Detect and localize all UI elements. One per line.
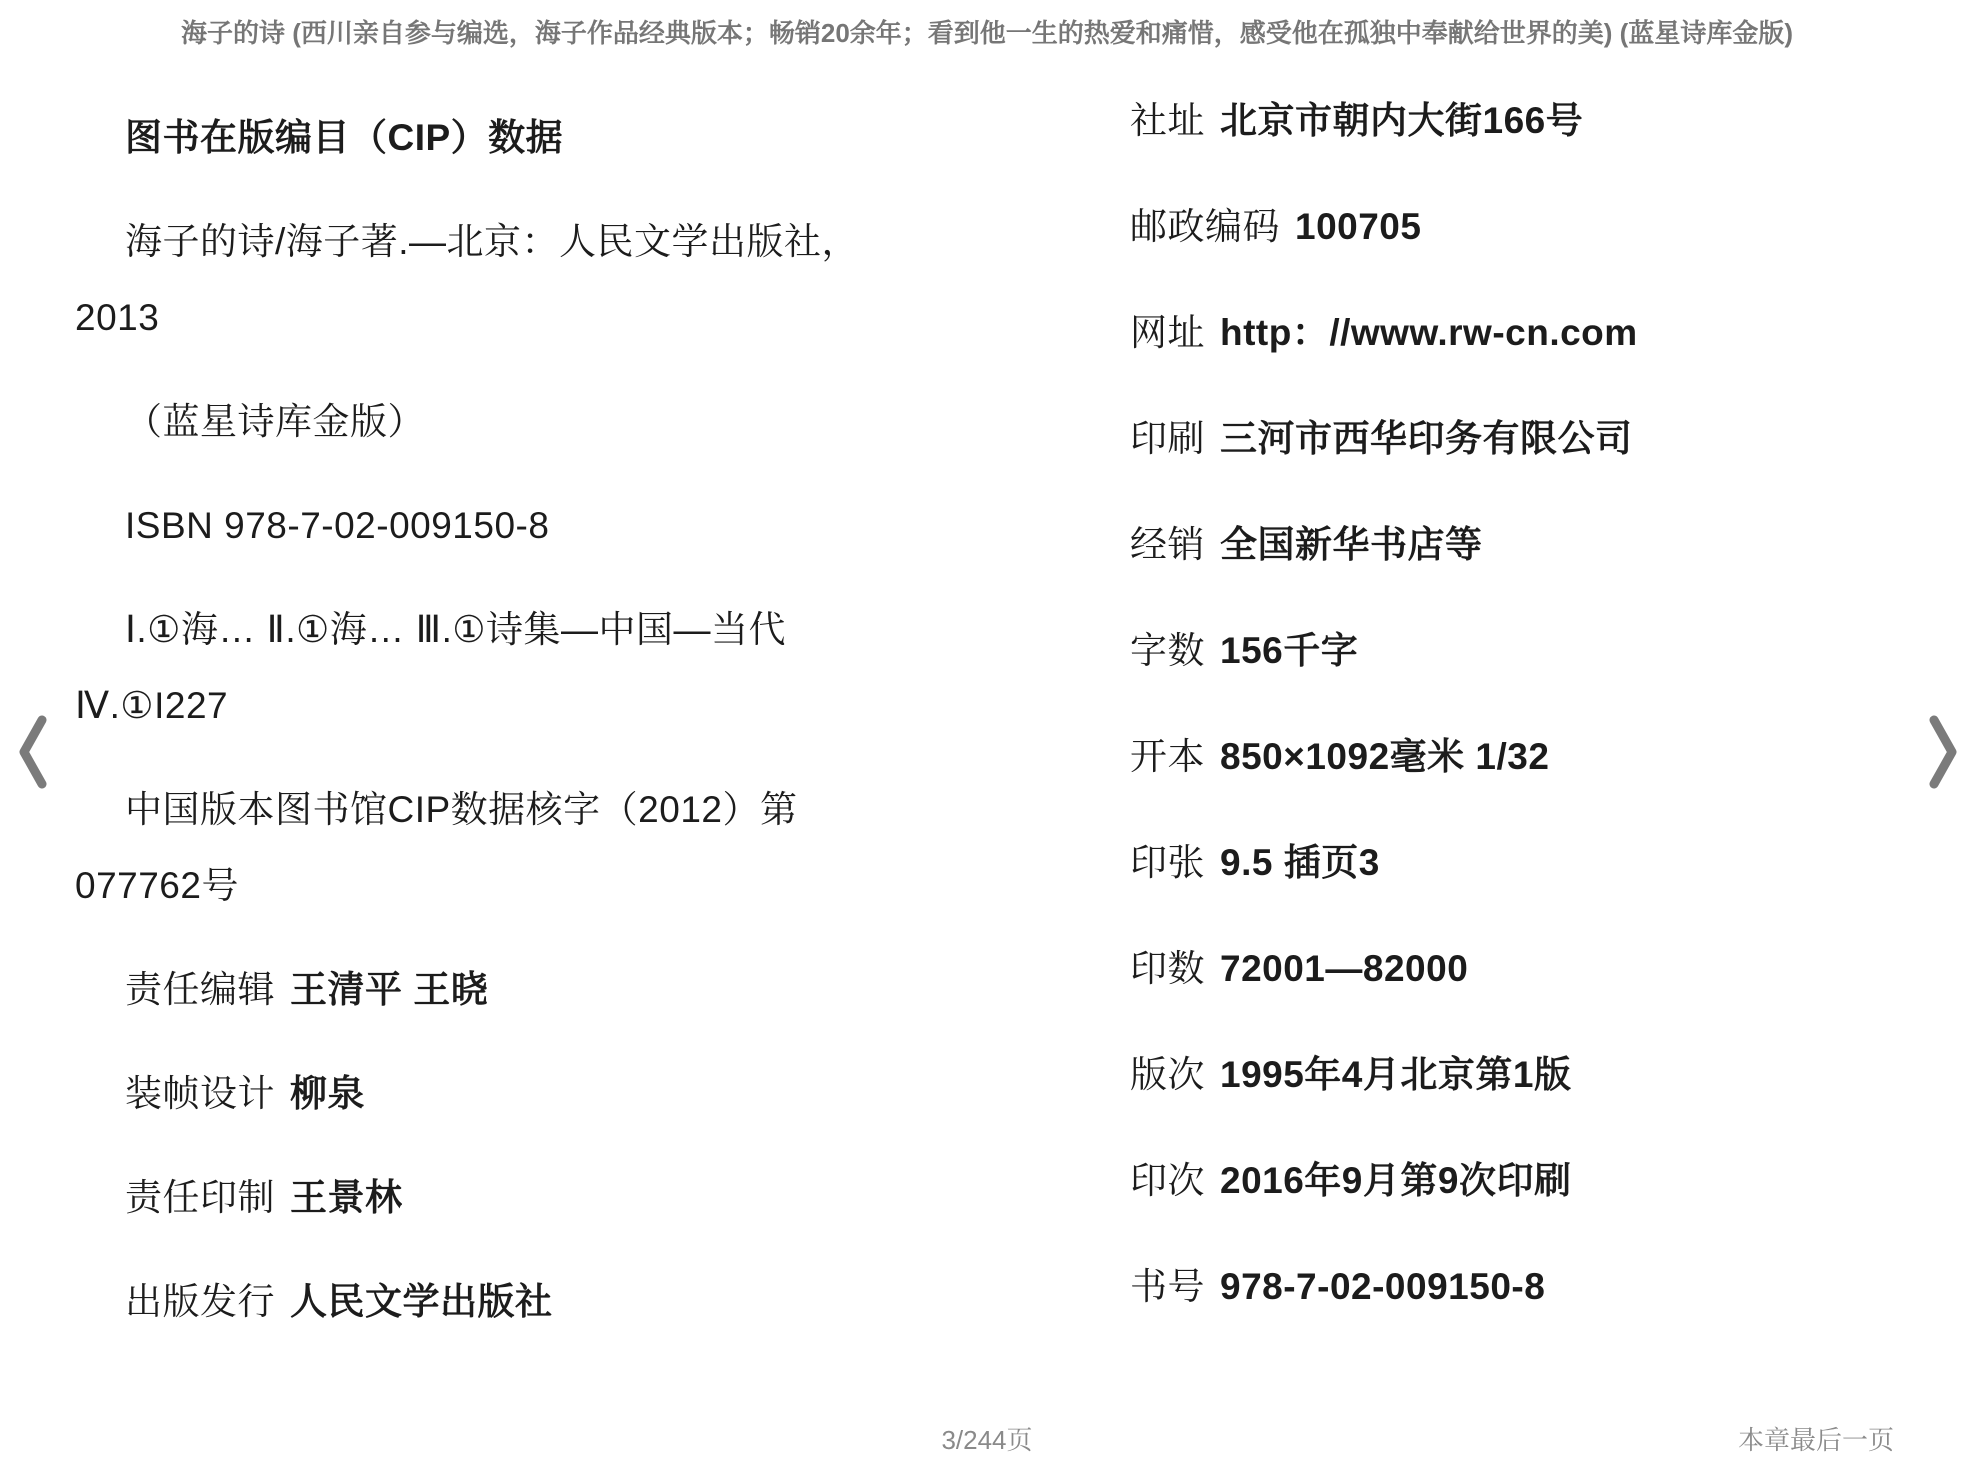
- credit-label: 出版发行: [125, 1281, 275, 1322]
- credit-value: 王景林: [290, 1177, 403, 1218]
- info-row-format: 开本850×1092毫米 1/32: [1130, 719, 1930, 795]
- next-page-button[interactable]: [1926, 710, 1962, 794]
- info-value: 100705: [1295, 206, 1421, 247]
- info-label: 书号: [1130, 1266, 1205, 1307]
- info-row-book-number: 书号978-7-02-009150-8: [1130, 1249, 1930, 1325]
- cip-entry: 海子的诗/海子著.—北京：人民文学出版社， 2013: [75, 204, 905, 356]
- info-row-printer: 印刷三河市西华印务有限公司: [1130, 401, 1930, 477]
- info-row-edition: 版次1995年4月北京第1版: [1130, 1037, 1930, 1113]
- info-row-website: 网址http：//www.rw-cn.com: [1130, 295, 1930, 371]
- info-label: 字数: [1130, 630, 1205, 671]
- info-label: 印刷: [1130, 418, 1205, 459]
- info-value: 北京市朝内大街166号: [1220, 100, 1583, 141]
- cip-data-column: 图书在版编目（CIP）数据 海子的诗/海子著.—北京：人民文学出版社， 2013…: [75, 100, 905, 1368]
- info-value: 9.5 插页3: [1220, 842, 1380, 883]
- chevron-left-icon: [14, 781, 50, 798]
- credit-row-designer: 装帧设计柳泉: [75, 1056, 905, 1132]
- info-label: 邮政编码: [1130, 206, 1280, 247]
- info-value: http：//www.rw-cn.com: [1220, 312, 1638, 353]
- info-value: 978-7-02-009150-8: [1220, 1266, 1545, 1307]
- info-label: 开本: [1130, 736, 1205, 777]
- info-label: 经销: [1130, 524, 1205, 565]
- previous-page-button[interactable]: [14, 710, 50, 794]
- ebook-reader-page: 海子的诗 (西川亲自参与编选，海子作品经典版本；畅销20余年；看到他一生的热爱和…: [0, 0, 1974, 1474]
- credit-label: 责任编辑: [125, 969, 275, 1010]
- info-value: 三河市西华印务有限公司: [1220, 418, 1633, 459]
- credit-label: 装帧设计: [125, 1073, 275, 1114]
- publication-info-column: 社址北京市朝内大街166号 邮政编码100705 网址http：//www.rw…: [1130, 83, 1930, 1355]
- info-value: 156千字: [1220, 630, 1358, 671]
- info-label: 网址: [1130, 312, 1205, 353]
- info-row-printing: 印次2016年9月第9次印刷: [1130, 1143, 1930, 1219]
- info-label: 版次: [1130, 1054, 1205, 1095]
- info-value: 850×1092毫米 1/32: [1220, 736, 1549, 777]
- page-indicator: 3/244页: [0, 1424, 1974, 1456]
- info-row-word-count: 字数156千字: [1130, 613, 1930, 689]
- credit-label: 责任印制: [125, 1177, 275, 1218]
- info-label: 印张: [1130, 842, 1205, 883]
- info-value: 全国新华书店等: [1220, 524, 1483, 565]
- info-row-distributor: 经销全国新华书店等: [1130, 507, 1930, 583]
- cip-classification: Ⅰ.①海… Ⅱ.①海… Ⅲ.①诗集—中国—当代 Ⅳ.①I227: [75, 592, 905, 744]
- credit-value: 王清平 王晓: [290, 969, 488, 1010]
- credit-value: 柳泉: [290, 1073, 365, 1114]
- info-label: 印次: [1130, 1160, 1205, 1201]
- info-row-print-run: 印数72001—82000: [1130, 931, 1930, 1007]
- chevron-right-icon: [1926, 781, 1962, 798]
- cip-heading: 图书在版编目（CIP）数据: [75, 100, 905, 176]
- credit-row-print-supervisor: 责任印制王景林: [75, 1160, 905, 1236]
- cip-isbn: ISBN 978-7-02-009150-8: [75, 488, 905, 564]
- info-label: 印数: [1130, 948, 1205, 989]
- info-value: 2016年9月第9次印刷: [1220, 1160, 1571, 1201]
- cip-record-number: 中国版本图书馆CIP数据核字（2012）第 077762号: [75, 772, 905, 924]
- info-value: 1995年4月北京第1版: [1220, 1054, 1571, 1095]
- info-row-postcode: 邮政编码100705: [1130, 189, 1930, 265]
- info-row-sheets: 印张9.5 插页3: [1130, 825, 1930, 901]
- book-title: 海子的诗 (西川亲自参与编选，海子作品经典版本；畅销20余年；看到他一生的热爱和…: [0, 12, 1974, 54]
- credit-row-publisher: 出版发行人民文学出版社: [75, 1264, 905, 1340]
- credit-value: 人民文学出版社: [290, 1281, 553, 1322]
- info-label: 社址: [1130, 100, 1205, 141]
- cip-series: （蓝星诗库金版）: [75, 384, 905, 460]
- info-value: 72001—82000: [1220, 948, 1468, 989]
- credit-row-editor: 责任编辑王清平 王晓: [75, 952, 905, 1028]
- chapter-status-label: 本章最后一页: [1738, 1424, 1894, 1456]
- info-row-address: 社址北京市朝内大街166号: [1130, 83, 1930, 159]
